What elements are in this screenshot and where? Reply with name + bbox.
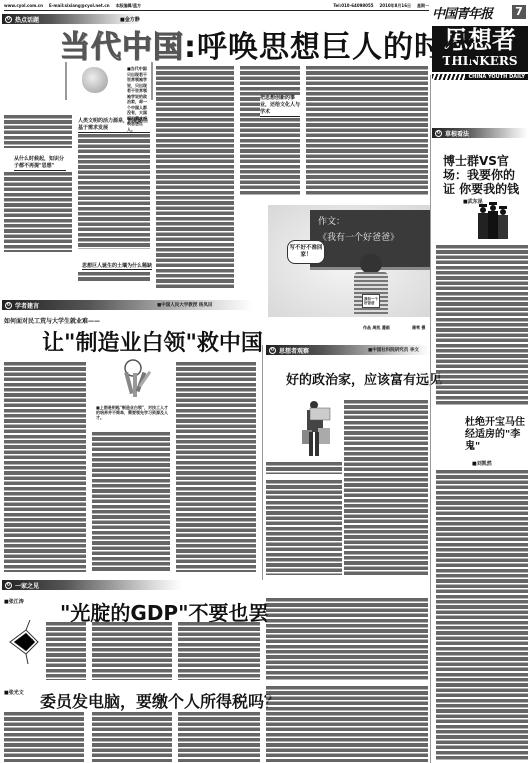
keys-illustration bbox=[113, 358, 157, 400]
section-bar-opinion: ↻ 一家之见 bbox=[2, 580, 182, 590]
lead-body-col2 bbox=[78, 134, 150, 249]
child-paper: 我有一个好爸爸 bbox=[362, 294, 380, 308]
column-divider bbox=[262, 345, 263, 580]
lead-headline[interactable]: 当代中国:呼唤思想巨人的时代 bbox=[60, 22, 476, 66]
article-kicker: 如何面对民工荒与大学生就业难—— bbox=[4, 316, 100, 325]
sidebar-headline[interactable]: 博士群VS官场：我要你的证 你要我的钱 bbox=[443, 154, 523, 196]
article-body-col2 bbox=[92, 432, 170, 572]
graduates-illustration bbox=[475, 202, 511, 242]
section-label: 思想者观察 bbox=[279, 346, 309, 355]
section-label: 草根看法 bbox=[445, 129, 469, 138]
article2-body-col2 bbox=[92, 712, 172, 762]
article-body-col2 bbox=[92, 622, 172, 680]
article-body-col1 bbox=[266, 480, 342, 575]
sidebar-headline-2[interactable]: 杜绝开宝马住经适房的"李鬼" bbox=[465, 417, 525, 453]
email-address[interactable]: E-mail:sixiang@cyol.net.cn bbox=[49, 3, 110, 9]
article2-body-col4 bbox=[266, 686, 428, 762]
article2-body-col1 bbox=[4, 712, 84, 762]
issue-weekday: 星期一 bbox=[417, 3, 429, 9]
section-icon: ↻ bbox=[5, 16, 12, 23]
section-bar-grassroots: ↻ 草根看法 bbox=[432, 128, 528, 138]
speech-bubble: 写不好不准回家！ bbox=[287, 240, 325, 264]
article-body-col4 bbox=[266, 598, 428, 680]
brain-illustration bbox=[82, 67, 108, 93]
lead-subhead-5: 思想巨人诞生的土壤为什么稀缺 bbox=[82, 262, 152, 270]
lead-body-col2-end bbox=[78, 272, 150, 282]
page-header-strip: www.cyol.com.cn E-mail:sixiang@cyol.net.… bbox=[4, 2, 429, 11]
article-byline: ■中国社科院研究员 李文 bbox=[368, 347, 419, 353]
lead-deck: ■当代中国只出现若干世界领袖学说，只出现若干世界领袖学说的政治家，却一个中国人都… bbox=[65, 62, 153, 100]
article-byline-2: ■张光文 bbox=[4, 689, 24, 696]
section-icon: ↻ bbox=[435, 130, 442, 137]
lead-body-col5 bbox=[306, 66, 428, 196]
cartoon-credit: 作品 周凯 漫画 bbox=[363, 325, 390, 331]
keys-caption: ■上图是钥匙"制造业白领"，对技工人才的培养并不简单，需要领先学习资源及人才。 bbox=[96, 405, 168, 427]
article-headline[interactable]: 好的政治家，应该富有远见 bbox=[286, 369, 442, 388]
article-body-col2 bbox=[344, 400, 428, 575]
sidebar-byline-2: ■刘凯然 bbox=[472, 460, 492, 467]
sidebar-body bbox=[436, 245, 528, 405]
headline-main-part: 呼唤思想巨人的时代 bbox=[197, 30, 476, 65]
child-head bbox=[360, 254, 382, 274]
lead-subhead-2: 人类文明的活力源泉，而是路径基于需求发展 bbox=[78, 118, 150, 133]
section-label: 热点话题 bbox=[15, 15, 39, 24]
article-byline: ■中国人民大学教授 杨凤田 bbox=[157, 302, 212, 308]
article-body-col1 bbox=[4, 362, 86, 572]
child-figure: 我有一个好爸爸 bbox=[352, 254, 392, 314]
politician-illustration bbox=[298, 400, 334, 460]
lead-body-col3 bbox=[156, 66, 234, 288]
section-bar-observer: ↻ 思想者观察 ■中国社科院研究员 李文 bbox=[266, 345, 430, 355]
fish-illustration bbox=[6, 620, 42, 666]
tagline: CHINA YOUTH DAILY bbox=[432, 74, 528, 80]
article-body-col3 bbox=[178, 622, 260, 680]
sidebar-body-2 bbox=[436, 470, 528, 760]
section-icon: ↻ bbox=[5, 302, 12, 309]
article-headline-2[interactable]: 委员发电脑，要缴个人所得税吗？ bbox=[40, 689, 280, 712]
article2-body-col3 bbox=[178, 712, 260, 762]
lead-body-col4 bbox=[240, 66, 300, 196]
section-bar-scholar: ↻ 学者建言 ■中国人民大学教授 杨凤田 bbox=[2, 300, 252, 310]
lead-body-col1-top bbox=[4, 115, 72, 148]
website-url[interactable]: www.cyol.com.cn bbox=[4, 3, 43, 9]
section-icon: ↻ bbox=[269, 347, 276, 354]
article-body-caption bbox=[266, 462, 342, 474]
section-icon: ↻ bbox=[5, 582, 12, 589]
section-label: 一家之见 bbox=[15, 581, 39, 590]
page-number: 7 bbox=[512, 5, 526, 19]
article-byline: ■张江涛 bbox=[4, 598, 24, 605]
issue-date: 2010年8月16日 bbox=[380, 3, 411, 9]
article-body-col3 bbox=[176, 362, 256, 572]
lead-subhead-1: 从什么时候起，知识分子都不再提"思想" bbox=[14, 156, 66, 171]
phone-number: Tel:010-64098055 bbox=[333, 3, 373, 9]
section-label: 学者建言 bbox=[15, 301, 39, 310]
lead-body-col1 bbox=[4, 172, 72, 252]
headline-outline-part: 当代中国 bbox=[60, 30, 184, 65]
editor-credit: 本版编辑/蓝方 bbox=[116, 3, 141, 9]
lead-subhead-4: 把思想创新的事业，还给文化人与学术 bbox=[260, 95, 300, 117]
article-body-col1 bbox=[46, 622, 86, 680]
headline-separator: : bbox=[184, 30, 197, 65]
photo-credit: 蒲苇 摄 bbox=[412, 325, 425, 331]
column-divider bbox=[430, 75, 431, 763]
article-headline[interactable]: 让"制造业白领"救中国 bbox=[42, 326, 263, 357]
